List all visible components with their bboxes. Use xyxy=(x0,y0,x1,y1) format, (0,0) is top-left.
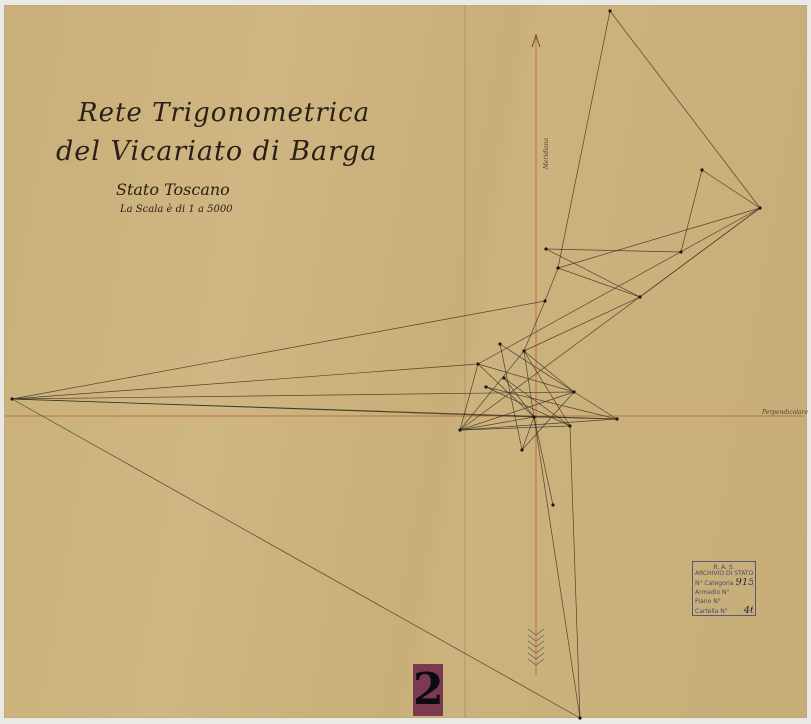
survey-station xyxy=(551,503,554,506)
survey-line xyxy=(460,364,478,430)
survey-line xyxy=(478,208,760,364)
survey-line xyxy=(534,417,553,505)
survey-station xyxy=(615,417,618,420)
stamp-row2-label: Armadio N° xyxy=(695,588,753,597)
survey-station xyxy=(572,390,575,393)
survey-station xyxy=(522,349,525,352)
survey-line xyxy=(545,268,558,301)
survey-station xyxy=(498,342,501,345)
survey-line xyxy=(574,392,617,419)
survey-station xyxy=(484,385,487,388)
survey-line xyxy=(524,297,640,351)
survey-line xyxy=(558,11,610,268)
survey-station xyxy=(679,250,682,253)
survey-station xyxy=(10,397,13,400)
survey-station xyxy=(758,206,761,209)
survey-line xyxy=(524,351,574,392)
survey-station xyxy=(700,168,703,171)
stamp-row3-label: Piano N° xyxy=(695,597,753,606)
stamp-row4-value: 46 xyxy=(744,606,753,616)
survey-line xyxy=(486,387,617,419)
survey-station xyxy=(638,295,641,298)
archive-stamp: R. A. S. ARCHIVIO DI STATO N° Categoria … xyxy=(692,561,756,616)
survey-line xyxy=(500,344,574,392)
stamp-row4-label: Cartella N° xyxy=(695,608,728,615)
stamp-header2: ARCHIVIO DI STATO xyxy=(695,569,753,578)
survey-station xyxy=(476,362,479,365)
survey-station xyxy=(458,428,461,431)
survey-station xyxy=(556,266,559,269)
survey-station xyxy=(544,247,547,250)
survey-line xyxy=(460,351,524,430)
survey-line xyxy=(681,170,702,252)
scale-note: La Scala è di 1 a 5000 xyxy=(120,204,233,215)
survey-station xyxy=(532,415,535,418)
meridian-label: Meridiana xyxy=(543,138,550,169)
survey-line xyxy=(460,208,760,430)
stamp-row1-label: N° Categoria xyxy=(695,580,734,587)
survey-station xyxy=(520,448,523,451)
survey-station xyxy=(502,376,505,379)
survey-line xyxy=(534,417,580,718)
survey-line xyxy=(460,426,570,430)
survey-line xyxy=(558,268,640,297)
survey-line xyxy=(522,417,534,450)
map-subtitle: Stato Toscano xyxy=(116,180,230,199)
survey-line xyxy=(12,399,580,718)
survey-station xyxy=(568,424,571,427)
survey-station xyxy=(578,716,581,719)
survey-line xyxy=(570,426,580,718)
survey-line xyxy=(558,208,760,268)
survey-station xyxy=(608,9,611,12)
survey-line xyxy=(460,419,617,430)
sheet-number-label: 2 xyxy=(413,664,443,716)
survey-line xyxy=(546,249,640,297)
survey-line xyxy=(12,301,545,399)
survey-line xyxy=(610,11,760,208)
map-title-line2: del Vicariato di Barga xyxy=(56,136,377,167)
map-title-line1: Rete Trigonometrica xyxy=(78,98,370,128)
survey-line xyxy=(524,301,545,351)
survey-line xyxy=(504,378,570,426)
perpendicular-label: Perpendicolare xyxy=(762,409,808,416)
survey-line xyxy=(702,170,760,208)
survey-station xyxy=(543,299,546,302)
stamp-row1-value: 9157 xyxy=(736,578,753,588)
